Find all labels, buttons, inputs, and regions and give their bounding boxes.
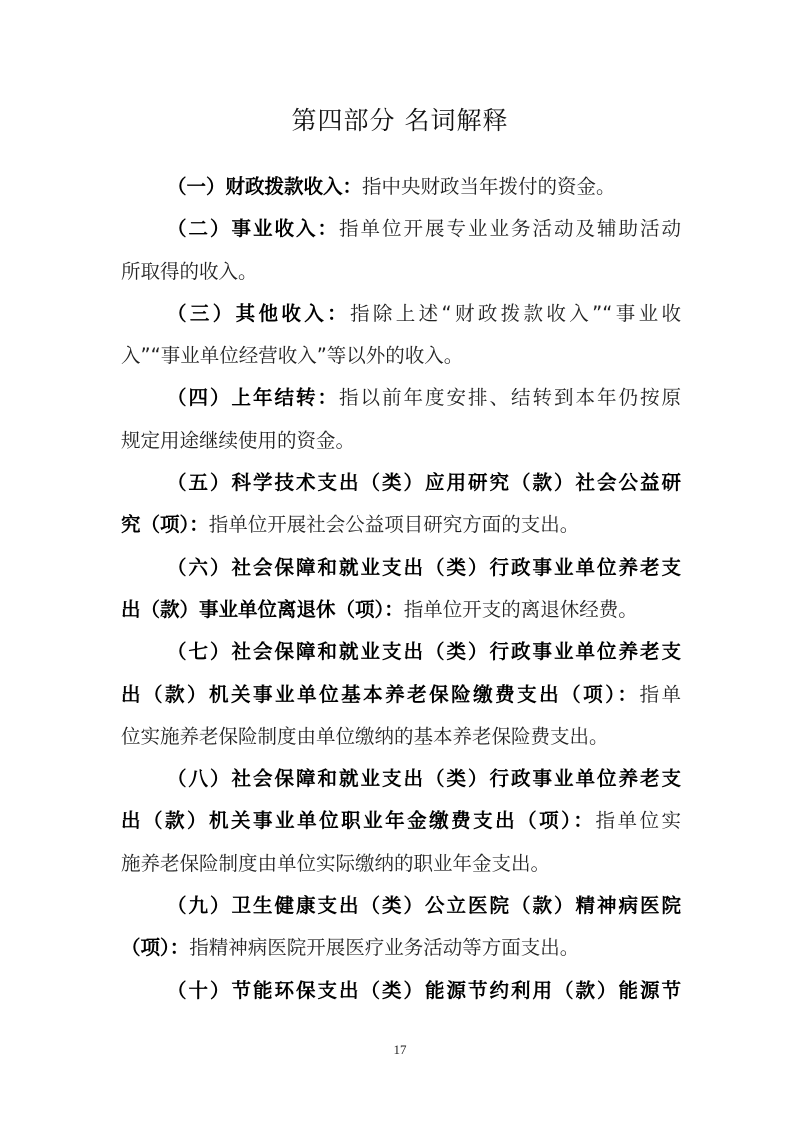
term: （七）社会保障和就业支出（类）行政事业单位养老支	[167, 640, 681, 663]
explanation: 指单位开支的离退休经费。	[404, 598, 638, 621]
definition-line: 施养老保险制度由单位实际缴纳的职业年金支出。	[121, 849, 681, 891]
definition-line: （七）社会保障和就业支出（类）行政事业单位养老支	[121, 637, 681, 679]
section-title: 第四部分 名词解释	[0, 101, 800, 137]
term: （三）其他收入：	[167, 302, 350, 325]
term: （五）科学技术支出（类）应用研究（款）社会公益研	[167, 471, 681, 494]
term: （一）财政拨款收入：	[167, 175, 362, 198]
term: 出（款）机关事业单位基本养老保险缴费支出（项）：	[121, 683, 639, 706]
explanation: 所取得的收入。	[121, 260, 258, 283]
explanation: 指除上述“财政拨款收入”“事业收	[350, 302, 681, 325]
explanation: 指单位开展社会公益项目研究方面的支出。	[209, 513, 580, 536]
definition-line: （二）事业收入：指单位开展专业业务活动及辅助活动	[121, 214, 681, 256]
term: （二）事业收入：	[167, 217, 339, 240]
definition-line: （三）其他收入：指除上述“财政拨款收入”“事业收	[121, 299, 681, 341]
definition-line: 出（款）机关事业单位基本养老保险缴费支出（项）：指单	[121, 680, 681, 722]
definition-line: （八）社会保障和就业支出（类）行政事业单位养老支	[121, 764, 681, 806]
term: 究（项）：	[121, 513, 209, 536]
definitions-body: （一）财政拨款收入：指中央财政当年拨付的资金。 （二）事业收入：指单位开展专业业…	[121, 172, 681, 1018]
definition-line: 出（款）机关事业单位职业年金缴费支出（项）：指单位实	[121, 806, 681, 848]
explanation: 指精神病医院开展医疗业务活动等方面支出。	[189, 936, 579, 959]
definition-line: （项）：指精神病医院开展医疗业务活动等方面支出。	[121, 933, 681, 975]
definition-line: 究（项）：指单位开展社会公益项目研究方面的支出。	[121, 510, 681, 552]
definition-line: （四）上年结转：指以前年度安排、结转到本年仍按原	[121, 383, 681, 425]
definition-line: 入”“事业单位经营收入”等以外的收入。	[121, 341, 681, 383]
explanation: 指单	[639, 683, 681, 706]
definition-line: 出（款）事业单位离退休（项）：指单位开支的离退休经费。	[121, 595, 681, 637]
term: （项）：	[121, 936, 189, 959]
term: （四）上年结转：	[167, 386, 339, 409]
term: （六）社会保障和就业支出（类）行政事业单位养老支	[167, 556, 681, 579]
term: 出（款）机关事业单位职业年金缴费支出（项）：	[121, 809, 595, 832]
term: （八）社会保障和就业支出（类）行政事业单位养老支	[167, 767, 681, 790]
explanation: 指单位实	[595, 809, 681, 832]
explanation: 指单位开展专业业务活动及辅助活动	[339, 217, 681, 240]
explanation: 指中央财政当年拨付的资金。	[362, 175, 616, 198]
explanation: 位实施养老保险制度由单位缴纳的基本养老保险费支出。	[121, 725, 609, 748]
definition-line: 位实施养老保险制度由单位缴纳的基本养老保险费支出。	[121, 722, 681, 764]
definition-line: （一）财政拨款收入：指中央财政当年拨付的资金。	[121, 172, 681, 214]
definition-line: （五）科学技术支出（类）应用研究（款）社会公益研	[121, 468, 681, 510]
explanation: 施养老保险制度由单位实际缴纳的职业年金支出。	[121, 852, 550, 875]
definition-line: 所取得的收入。	[121, 257, 681, 299]
page-number: 17	[0, 1042, 800, 1058]
explanation: 指以前年度安排、结转到本年仍按原	[339, 386, 681, 409]
explanation: 规定用途继续使用的资金。	[121, 429, 355, 452]
definition-line: （六）社会保障和就业支出（类）行政事业单位养老支	[121, 553, 681, 595]
explanation: 入”“事业单位经营收入”等以外的收入。	[121, 344, 463, 367]
definition-line: （十）节能环保支出（类）能源节约利用（款）能源节	[121, 976, 681, 1018]
definition-line: 规定用途继续使用的资金。	[121, 426, 681, 468]
document-page: 第四部分 名词解释 （一）财政拨款收入：指中央财政当年拨付的资金。 （二）事业收…	[0, 0, 800, 1131]
term: （九）卫生健康支出（类）公立医院（款）精神病医院	[167, 894, 681, 917]
term: （十）节能环保支出（类）能源节约利用（款）能源节	[167, 979, 681, 1002]
term: 出（款）事业单位离退休（项）：	[121, 598, 404, 621]
definition-line: （九）卫生健康支出（类）公立医院（款）精神病医院	[121, 891, 681, 933]
